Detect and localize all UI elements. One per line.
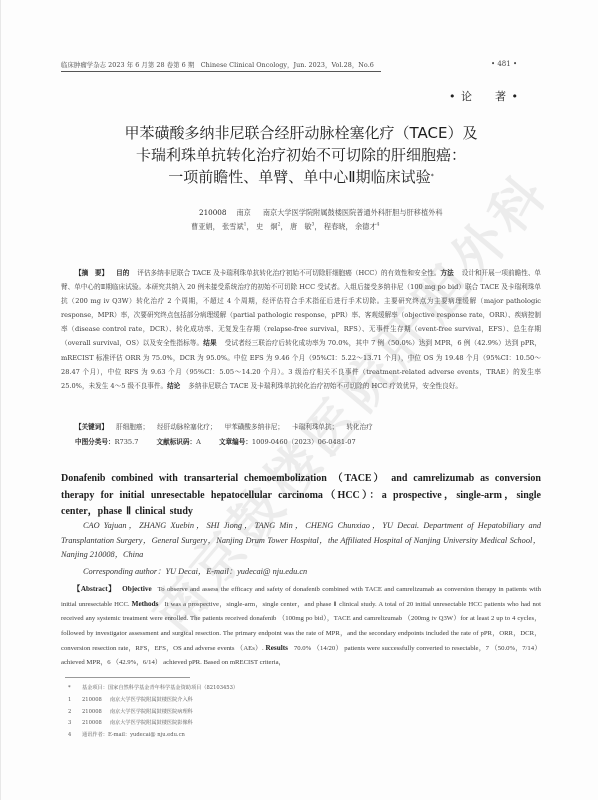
- footnotes: *基金项目：国家自然科学基金青年科学基金资助项目（82103453） 12100…: [65, 683, 465, 742]
- keyword: 经肝动脉栓塞化疗；: [157, 423, 216, 431]
- results-label: Results: [266, 644, 288, 652]
- chinese-title-line-2: 卡瑞利珠单抗转化治疗初始不可切除的肝细胞癌：: [61, 144, 541, 166]
- results-label: 结果: [203, 339, 216, 347]
- document-code: 文献标识码：A: [157, 438, 201, 446]
- chinese-abstract: 【摘 要】目的评估多纳非尼联合 TACE 及卡瑞利珠单抗转化治疗初始不可切除肝细…: [61, 266, 541, 393]
- journal-page: 南京鼓楼医院肝胆外科 临床肿瘤学杂志 2023 年 6 月第 28 卷第 6 期…: [0, 0, 598, 800]
- running-header: 临床肿瘤学杂志 2023 年 6 月第 28 卷第 6 期 Chinese Cl…: [61, 60, 381, 72]
- methods-label: 方法: [440, 269, 453, 277]
- classification-info: 中图分类号：R735.7 文献标识码：A 文章编号：1009-0460（2023…: [75, 436, 372, 446]
- english-authors-affiliation: CAO Yajuan，ZHANG Xuebin，SHI Jiong，TANG M…: [61, 519, 541, 563]
- author: 唐 敏3: [290, 222, 314, 231]
- keyword: 转化治疗: [346, 423, 372, 431]
- section-label-right: 著 •: [495, 90, 519, 103]
- affiliation-city: 南京: [236, 208, 250, 217]
- chinese-title: 甲苯磺酸多纳非尼联合经肝动脉栓塞化疗（TACE）及 卡瑞利珠单抗转化治疗初始不可…: [61, 122, 541, 188]
- author: 曹亚娟: [191, 222, 213, 231]
- conclusion-text: 多纳非尼联合 TACE 及卡瑞利珠单抗转化治疗初始不可切除的 HCC 疗效优异，…: [188, 382, 462, 390]
- footnote: 4通讯作者：E-mail：yudecai@ nju.edu.cn: [65, 730, 465, 742]
- chinese-affiliation: 210008南京南京大学医学院附属鼓楼医院普通外科肝胆与肝移植外科: [61, 208, 541, 218]
- footnote: *基金项目：国家自然科学基金青年科学基金资助项目（82103453）: [65, 683, 465, 695]
- objective-label: Objective: [122, 585, 152, 593]
- keywords-label: 【关键词】: [75, 423, 108, 431]
- affiliation-institution: 南京大学医学院附属鼓楼医院普通外科肝胆与肝移植外科: [263, 208, 443, 217]
- conclusion-label: 结论: [167, 382, 180, 390]
- english-abstract: 【Abstract】ObjectiveTo observe and assess…: [61, 582, 541, 670]
- footnote: 2210008南京大学医学院附属鼓楼医院病理科: [65, 707, 465, 719]
- methods-text: 设计和开展一项前瞻性、单臂、单中心的Ⅱ期临床试验。本研究共纳入 20 例未接受系…: [61, 269, 541, 347]
- keyword: 肝细胞癌；: [116, 423, 149, 431]
- footnote: 1210008南京大学医学院附属鼓楼医院介入科: [65, 695, 465, 707]
- section-label-left: • 论: [449, 90, 473, 103]
- author: 余德才4: [355, 222, 379, 231]
- author: 程春晓: [324, 222, 346, 231]
- author: 张雪斌1: [222, 222, 246, 231]
- section-label: • 论著 •: [449, 88, 519, 104]
- fund-footnote-mark: *: [431, 173, 434, 180]
- english-title: Donafenib combined with transarterial ch…: [61, 471, 541, 521]
- abstract-label: 【摘 要】: [75, 269, 108, 277]
- affiliation-zip: 210008: [199, 208, 226, 217]
- chinese-author-list: 曹亚娟， 张雪斌1， 史 炯2， 唐 敏3， 程春晓， 余德才4: [191, 222, 379, 232]
- footnote: 3210008南京大学医学院附属鼓楼医院影像科: [65, 718, 465, 730]
- keyword: 卡瑞利珠单抗；: [292, 423, 338, 431]
- article-number: 文章编号：1009-0460（2023）06-0481-07: [219, 438, 356, 446]
- clc-number: 中图分类号：R735.7: [75, 438, 138, 446]
- footnote-divider: [65, 677, 190, 678]
- keyword: 甲苯磺酸多纳非尼；: [225, 423, 284, 431]
- corresponding-author: Corresponding author：YU Decai，E-mail：yud…: [83, 565, 307, 577]
- methods-label: Methods: [132, 600, 159, 608]
- author: 史 炯2: [256, 222, 280, 231]
- abstract-label: 【Abstract】: [73, 585, 116, 593]
- page-number: • 481 •: [491, 60, 517, 68]
- objective-label: 目的: [116, 269, 129, 277]
- chinese-keywords: 【关键词】 肝细胞癌； 经肝动脉栓塞化疗； 甲苯磺酸多纳非尼； 卡瑞利珠单抗； …: [75, 421, 379, 431]
- chinese-title-line-3: 一项前瞻性、单臂、单中心Ⅱ期临床试验*: [61, 166, 541, 188]
- objective-text: 评估多纳非尼联合 TACE 及卡瑞利珠单抗转化治疗初始不可切除肝细胞癌（HCC）…: [137, 269, 440, 277]
- chinese-title-line-1: 甲苯磺酸多纳非尼联合经肝动脉栓塞化疗（TACE）及: [61, 122, 541, 144]
